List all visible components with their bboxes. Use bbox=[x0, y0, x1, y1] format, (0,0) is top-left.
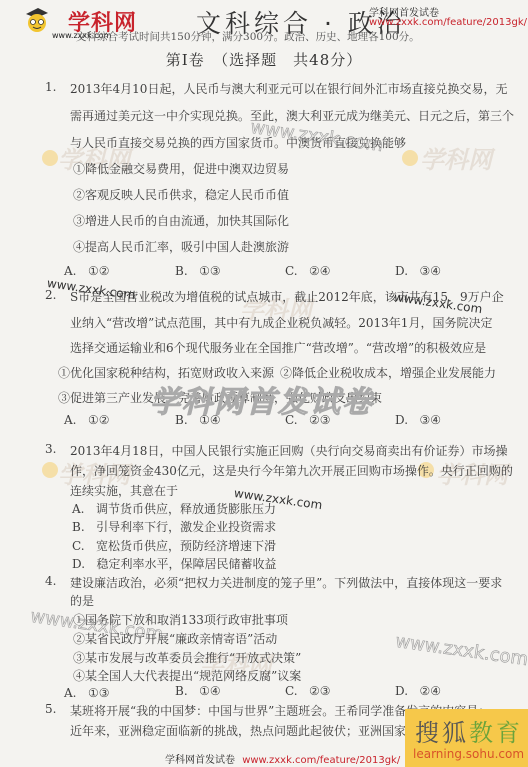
watermark-bulb-icon bbox=[42, 150, 58, 166]
question-text: 2013年4月18日，中国人民银行实施正回购（央行向交易商卖出有价证券）市场操 bbox=[70, 442, 507, 459]
question-text: 作，净回笼资金430亿元，这是央行今年第九次开展正回购市场操作。央行正回购的 bbox=[70, 462, 513, 479]
question-number: 1. bbox=[45, 80, 56, 94]
footer-url-link[interactable]: www.zxxk.com/feature/2013gk/ bbox=[242, 755, 400, 766]
watermark-url: www.zxxk.com bbox=[394, 631, 528, 670]
answer-option-a[interactable]: A. ①② bbox=[64, 413, 109, 427]
sohu-education-badge[interactable]: 搜狐教育 learning.sohu.com bbox=[405, 709, 528, 767]
statement-item: ④提高人民币汇率，吸引中国人赴澳旅游 bbox=[73, 238, 289, 255]
answer-option-a[interactable]: A. 调节货币供应，释放通货膨胀压力 bbox=[72, 500, 276, 517]
answer-option-d[interactable]: D. ③④ bbox=[395, 264, 441, 278]
answer-option-d[interactable]: D. ②④ bbox=[395, 684, 441, 698]
footer-tagline: 学科网首发试卷 bbox=[165, 755, 235, 766]
answer-option-c[interactable]: C. ②③ bbox=[285, 684, 331, 698]
question-text: 的是 bbox=[70, 592, 94, 609]
answer-option-d[interactable]: D. ③④ bbox=[395, 413, 441, 427]
sohu-badge-url: learning.sohu.com bbox=[413, 747, 524, 761]
question-number: 4. bbox=[45, 574, 56, 588]
question-number: 2. bbox=[45, 288, 56, 302]
exam-subtitle: 文科综合考试时间共150分钟，满分300分。政治、历史、地理各100分。 bbox=[76, 29, 420, 44]
sohu-badge-title: 搜狐教育 bbox=[415, 713, 523, 748]
watermark-bulb-icon bbox=[42, 462, 58, 478]
answer-option-b[interactable]: B. 引导利率下行，激发企业投资需求 bbox=[72, 518, 276, 535]
statement-item: ②某省民政厅开展“廉政亲情寄语”活动 bbox=[73, 630, 277, 647]
answer-option-a[interactable]: A. ①③ bbox=[64, 686, 109, 700]
question-number: 5. bbox=[45, 702, 56, 716]
answer-option-c[interactable]: C. 宽松货币供应，预防经济增速下滑 bbox=[72, 537, 276, 554]
answer-option-a[interactable]: A. ①② bbox=[64, 264, 109, 278]
footer: 学科网首发试卷 www.zxxk.com/feature/2013gk/ bbox=[165, 751, 400, 766]
mascot-bulb-icon bbox=[24, 8, 50, 34]
brand-url-link[interactable]: www.zxxk.com/feature/2013gk/ bbox=[369, 17, 527, 28]
question-text: 2013年4月10日起，人民币与澳大利亚元可以在银行间外汇市场直接兑换交易，无 bbox=[70, 80, 507, 97]
statement-item: ③增进人民币的自由流通，加快其国际化 bbox=[73, 212, 289, 229]
exam-page: 学科网 www.zxxk.com 文科综合 · 政治 学科网首发试卷 www.z… bbox=[0, 0, 528, 767]
answer-option-b[interactable]: B. ①④ bbox=[175, 413, 221, 427]
watermark-bulb-icon bbox=[402, 150, 418, 166]
statement-item: ①降低金融交易费用，促进中澳双边贸易 bbox=[73, 160, 289, 177]
answer-option-c[interactable]: C. ②③ bbox=[285, 413, 331, 427]
question-text: 业纳入“营改增”试点范围，其中有九成企业税负减轻。2013年1月，国务院决定 bbox=[70, 314, 492, 331]
answer-option-b[interactable]: B. ①④ bbox=[175, 684, 221, 698]
question-text: 建设廉洁政治，必须“把权力关进制度的笼子里”。下列做法中，直接体现这一要求 bbox=[70, 574, 502, 591]
question-text: 连续实施，其意在于 bbox=[70, 482, 178, 499]
question-number: 3. bbox=[45, 442, 56, 456]
watermark-logo: 学科网 bbox=[420, 140, 492, 175]
statement-item: ②客观反映人民币供求，稳定人民币币值 bbox=[73, 186, 289, 203]
answer-option-b[interactable]: B. ①③ bbox=[175, 264, 221, 278]
statement-item: ④某全国人大代表提出“规范网络反腐”议案 bbox=[73, 667, 301, 684]
answer-option-c[interactable]: C. ②④ bbox=[285, 264, 331, 278]
statement-item: ③某市发展与改革委员会推行“开放式决策” bbox=[73, 649, 301, 666]
question-text: 选择交通运输业和6个现代服务业在全国推广“营改增”。“营改增”的积极效应是 bbox=[70, 339, 486, 356]
section-title: 第Ⅰ卷 （选择题 共48分） bbox=[0, 49, 528, 70]
answer-option-d[interactable]: D. 稳定利率水平，保障居民储蓄收益 bbox=[72, 555, 276, 572]
